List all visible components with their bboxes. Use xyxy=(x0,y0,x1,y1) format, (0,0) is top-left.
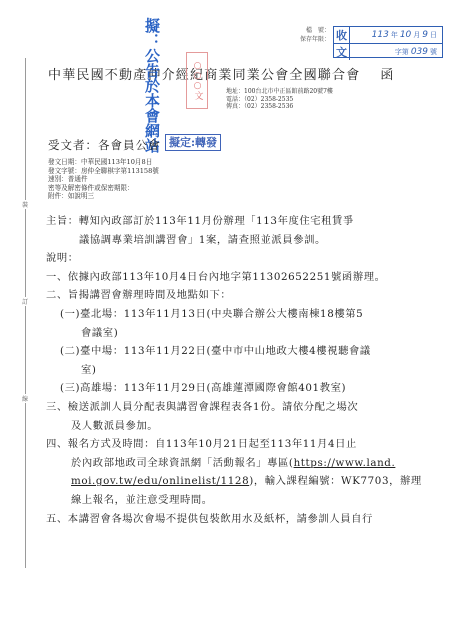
session-taipei: (一)臺北場：113年11月13日(中央聯合辦公大樓南棟18樓第5 xyxy=(46,305,376,324)
subject-line-2: 議協調專業培訓講習會」1案，請查照並派員參訓。 xyxy=(46,231,376,250)
item-text: )，輸入課程編號：WK7703，辦理 xyxy=(249,475,422,487)
registration-link-cont[interactable]: moi.gov.tw/edu/onlinelist/1128 xyxy=(71,475,249,487)
receipt-number: 字第 039 號 xyxy=(350,44,442,60)
explain-label: 說明： xyxy=(46,249,376,268)
item-num: 四、 xyxy=(46,438,68,450)
issue-date: 發文日期：中華民國113年10月8日 xyxy=(48,158,159,167)
org-title: 中華民國不動產仲介經紀商業同業公會全國聯合會函 xyxy=(48,64,395,83)
num-suffix: 號 xyxy=(430,47,437,57)
item-4-line4: 線上報名，並注意受理時間。 xyxy=(46,491,376,510)
item-num: 二、 xyxy=(46,289,68,301)
margin-mark-staple: 訂 xyxy=(18,297,32,306)
handwritten-note-stamp: 擬：公告於本會網站 xyxy=(140,18,160,153)
item-text: 報名方式及時間：自113年10月21日起至113年11月4日止 xyxy=(68,438,357,450)
session-taichung: (二)臺中場：113年11月22日(臺中市中山地政大樓4樓視聽會議 xyxy=(46,342,376,361)
item-num: 三、 xyxy=(46,401,68,413)
subject-text-1: 轉知內政部訂於113年11月份辦理「113年度住宅租賃爭 xyxy=(79,215,354,227)
num-prefix: 字第 xyxy=(395,47,409,57)
subject-label: 主旨： xyxy=(46,215,79,227)
receipt-label-bottom: 文 xyxy=(334,44,350,60)
item-num: 一、 xyxy=(46,271,68,283)
fax: 傳真：（02）2358-2536 xyxy=(226,103,333,111)
registration-link[interactable]: https://www.land. xyxy=(294,457,396,469)
item-text: 本講習會各場次會場不提供包裝飲用水及紙杯，請參訓人員自行 xyxy=(68,513,373,525)
document-meta: 發文日期：中華民國113年10月8日 發文字號：房仲全聯棋字第113158號 速… xyxy=(48,158,159,201)
item-2: 二、旨揭講習會辦理時間及地點如下： xyxy=(46,286,376,305)
receipt-stamp: 收 113年 10月 9日 文 字第 039 號 xyxy=(333,26,443,58)
item-3: 三、檢送派訓人員分配表與講習會課程表各1份。請依分配之場次 xyxy=(46,398,376,417)
receipt-date: 113年 10月 9日 xyxy=(350,27,442,44)
item-text: 旨揭講習會辦理時間及地點如下： xyxy=(68,289,231,301)
phone: 電話：（02）2358-2535 xyxy=(226,96,333,104)
receipt-no: 039 xyxy=(411,47,428,57)
year-unit: 年 xyxy=(391,30,398,40)
document-body: 主旨：轉知內政部訂於113年11月份辦理「113年度住宅租賃爭 議協調專業培訓講… xyxy=(46,212,376,528)
item-text: 檢送派訓人員分配表與講習會課程表各1份。請依分配之場次 xyxy=(68,401,358,413)
item-4: 四、報名方式及時間：自113年10月21日起至113年11月4日止 xyxy=(46,435,376,454)
doc-type: 函 xyxy=(380,68,394,83)
contact-info: 地址：100台北市中正區館前路20號7樓 電話：（02）2358-2535 傳真… xyxy=(226,88,333,111)
receipt-day: 9 xyxy=(422,30,428,40)
assign-stamp: 擬定:轉發 xyxy=(165,134,221,151)
item-4-line2: 於內政部地政司全球資訊網「活動報名」專區(https://www.land. xyxy=(46,454,376,473)
file-meta: 檔 號： 保存年限： xyxy=(290,26,330,44)
receipt-month: 10 xyxy=(400,30,411,40)
file-no-label: 檔 號： xyxy=(290,26,330,35)
margin-mark-bind: 裝 xyxy=(18,200,32,209)
speed: 速別：普通件 xyxy=(48,175,159,184)
attachment: 附件：如說明三 xyxy=(48,192,159,201)
item-text: 於內政部地政司全球資訊網「活動報名」專區( xyxy=(71,457,294,469)
subject-line-1: 主旨：轉知內政部訂於113年11月份辦理「113年度住宅租賃爭 xyxy=(46,212,376,231)
session-taipei-cont: 會議室) xyxy=(46,324,376,343)
session-taichung-cont: 室) xyxy=(46,361,376,380)
item-5: 五、本講習會各場次會場不提供包裝飲用水及紙杯，請參訓人員自行 xyxy=(46,510,376,529)
red-seal-stamp: ○○○文 xyxy=(186,52,208,109)
retention-label: 保存年限： xyxy=(290,35,330,44)
item-1: 一、依據內政部113年10月4日台內地字第11302652251號函辦理。 xyxy=(46,268,376,287)
item-4-line3: moi.gov.tw/edu/onlinelist/1128)，輸入課程編號：W… xyxy=(46,472,376,491)
item-text: 依據內政部113年10月4日台內地字第11302652251號函辦理。 xyxy=(68,271,386,283)
session-kaohsiung: (三)高雄場：113年11月29日(高雄蓮潭國際會館401教室) xyxy=(46,379,376,398)
margin-mark-line: 線 xyxy=(18,394,32,403)
receipt-year: 113 xyxy=(372,30,389,40)
item-3-cont: 及人數派員參加。 xyxy=(46,417,376,436)
binding-line xyxy=(25,58,26,568)
month-unit: 月 xyxy=(413,30,420,40)
issue-number: 發文字號：房仲全聯棋字第113158號 xyxy=(48,167,159,176)
day-unit: 日 xyxy=(430,30,437,40)
item-num: 五、 xyxy=(46,513,68,525)
receipt-label-top: 收 xyxy=(334,27,350,44)
address: 地址：100台北市中正區館前路20號7樓 xyxy=(226,88,333,96)
recipient: 受文者：各會員公會 xyxy=(48,137,161,153)
